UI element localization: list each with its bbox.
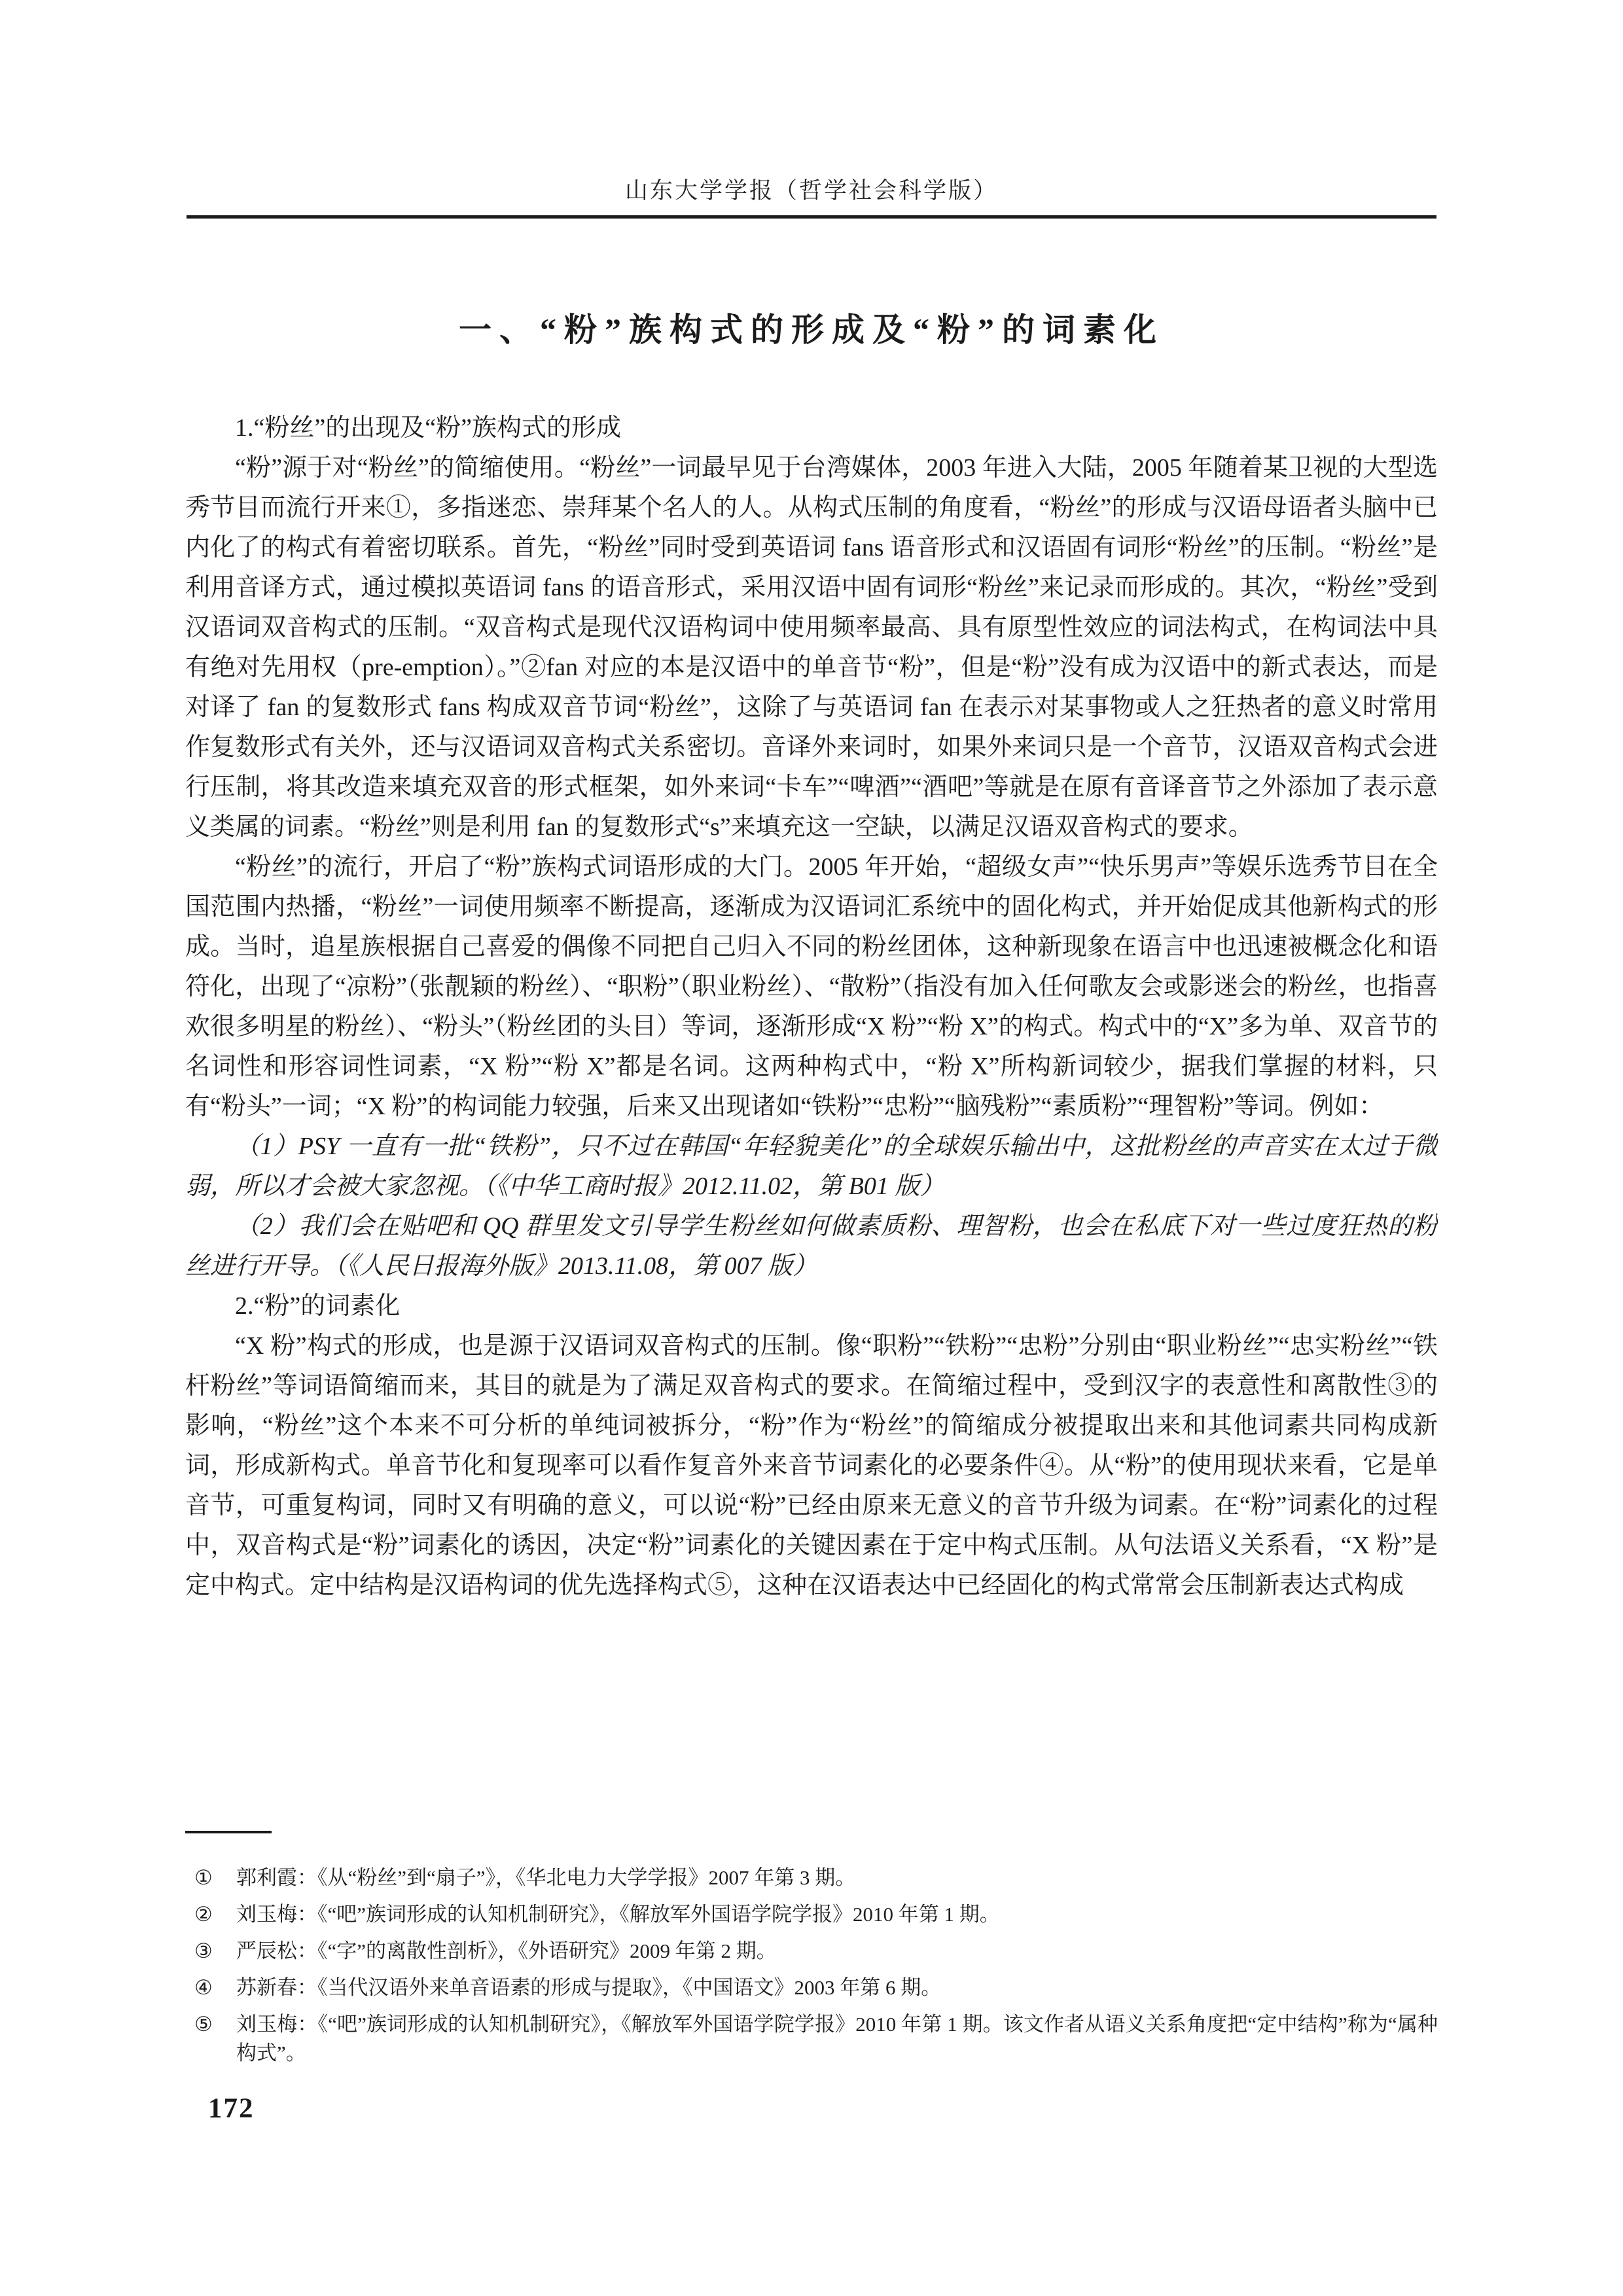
footnote-item: ③ 严辰松：《“字”的离散性剖析》，《外语研究》2009 年第 2 期。: [185, 1937, 1438, 1966]
example-quote-2: （2）我们会在贴吧和 QQ 群里发文引导学生粉丝如何做素质粉、理智粉，也会在私底…: [185, 1207, 1438, 1286]
subsection-heading-1: 1.“粉丝”的出现及“粉”族构式的形成: [185, 408, 1438, 448]
page-number: 172: [208, 2093, 255, 2125]
footnote-divider: [185, 1831, 272, 1833]
footnote-marker: ③: [185, 1937, 236, 1966]
paragraph-2: “粉丝”的流行，开启了“粉”族构式词语形成的大门。2005 年开始，“超级女声”…: [185, 847, 1438, 1127]
body-text: 1.“粉丝”的出现及“粉”族构式的形成 “粉”源于对“粉丝”的简缩使用。“粉丝”…: [185, 408, 1438, 1606]
journal-title: 山东大学学报（哲学社会科学版）: [0, 173, 1623, 205]
subsection-heading-2: 2.“粉”的词素化: [185, 1286, 1438, 1326]
section-title: 一、“粉”族构式的形成及“粉”的词素化: [185, 306, 1438, 353]
journal-page: 山东大学学报（哲学社会科学版） 一、“粉”族构式的形成及“粉”的词素化 1.“粉…: [0, 0, 1623, 2296]
footnote-item: ② 刘玉梅：《“吧”族词形成的认知机制研究》，《解放军外国语学院学报》2010 …: [185, 1900, 1438, 1929]
footnote-marker: ②: [185, 1900, 236, 1929]
footnote-item: ① 郭利霞：《从“粉丝”到“扇子”》，《华北电力大学学报》2007 年第 3 期…: [185, 1863, 1438, 1892]
paragraph-3: “X 粉”构式的形成，也是源于汉语词双音构式的压制。像“职粉”“铁粉”“忠粉”分…: [185, 1326, 1438, 1606]
header-divider: [187, 215, 1436, 219]
footnote-item: ④ 苏新春：《当代汉语外来单音语素的形成与提取》，《中国语文》2003 年第 6…: [185, 1973, 1438, 2002]
footnote-text: 郭利霞：《从“粉丝”到“扇子”》，《华北电力大学学报》2007 年第 3 期。: [236, 1863, 1438, 1892]
example-quote-1: （1）PSY 一直有一批“铁粉”，只不过在韩国“年轻貌美化”的全球娱乐输出中，这…: [185, 1127, 1438, 1207]
footnote-text: 严辰松：《“字”的离散性剖析》，《外语研究》2009 年第 2 期。: [236, 1937, 1438, 1966]
footnote-text: 苏新春：《当代汉语外来单音语素的形成与提取》，《中国语文》2003 年第 6 期…: [236, 1973, 1438, 2002]
footnote-marker: ⑤: [185, 2010, 236, 2068]
article-body: 一、“粉”族构式的形成及“粉”的词素化 1.“粉丝”的出现及“粉”族构式的形成 …: [185, 306, 1438, 1824]
footnote-text: 刘玉梅：《“吧”族词形成的认知机制研究》，《解放军外国语学院学报》2010 年第…: [236, 2010, 1438, 2068]
footnote-marker: ④: [185, 1973, 236, 2002]
footnote-text: 刘玉梅：《“吧”族词形成的认知机制研究》，《解放军外国语学院学报》2010 年第…: [236, 1900, 1438, 1929]
paragraph-1: “粉”源于对“粉丝”的简缩使用。“粉丝”一词最早见于台湾媒体，2003 年进入大…: [185, 448, 1438, 847]
footnotes-section: ① 郭利霞：《从“粉丝”到“扇子”》，《华北电力大学学报》2007 年第 3 期…: [185, 1831, 1438, 2075]
footnote-marker: ①: [185, 1863, 236, 1892]
footnote-item: ⑤ 刘玉梅：《“吧”族词形成的认知机制研究》，《解放军外国语学院学报》2010 …: [185, 2010, 1438, 2068]
